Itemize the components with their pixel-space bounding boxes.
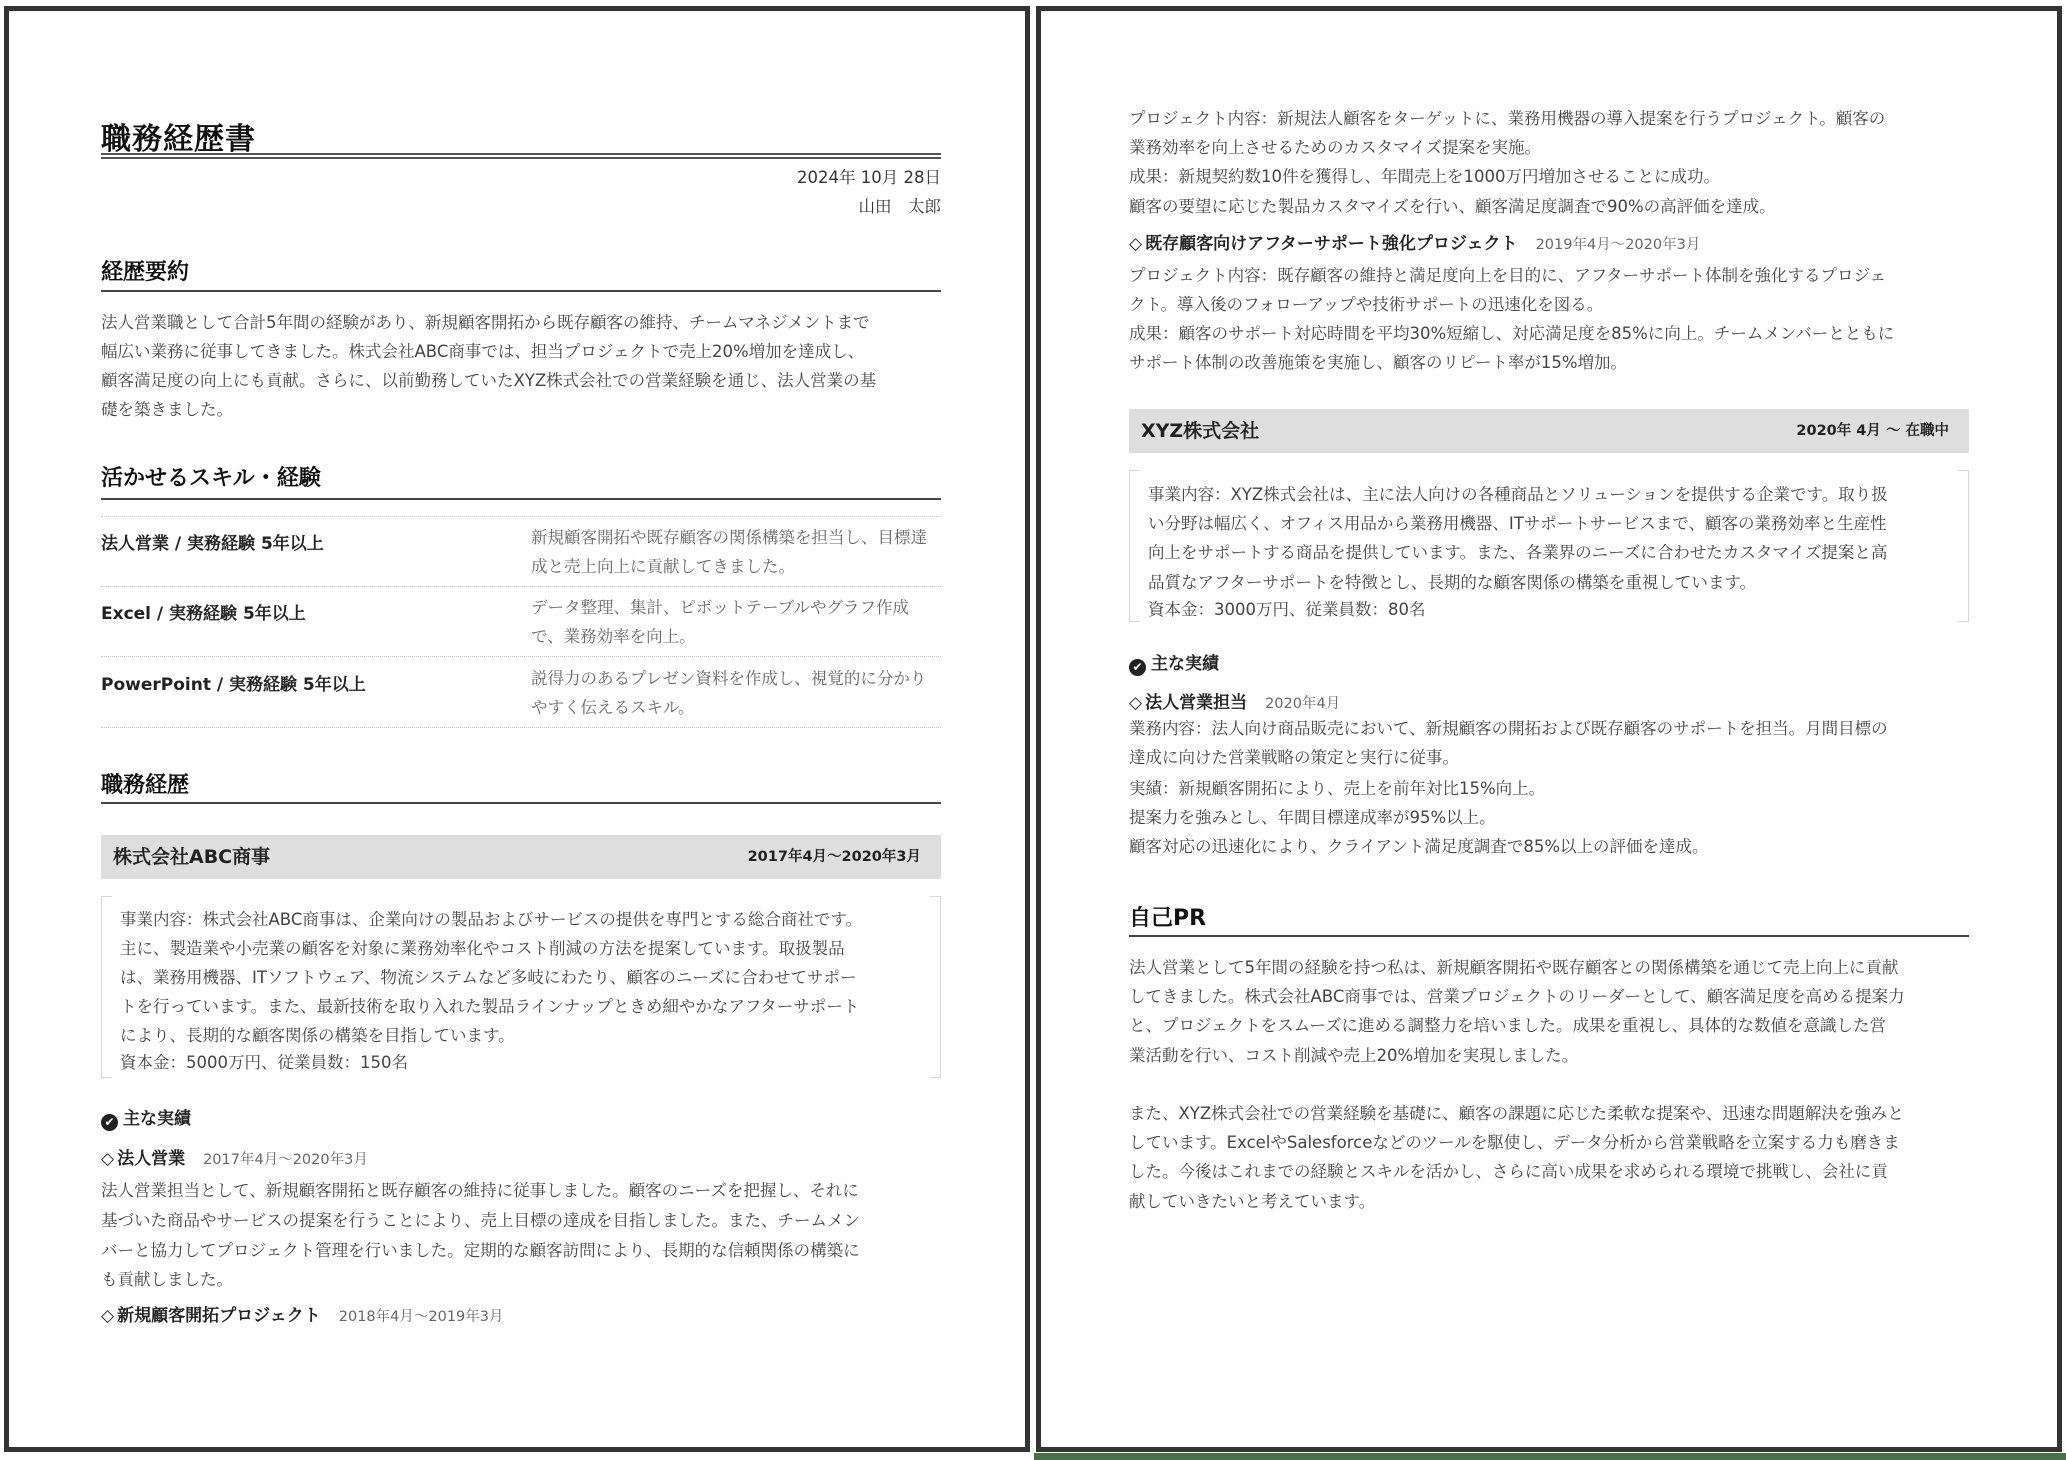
company-description-line: い分野は幅広く、オフィス用品から業務用機器、ITサポートサービスまで、顧客の業務… [1148, 509, 1886, 538]
document-date: 2024年 10月 28日 [797, 164, 941, 188]
box-corner [102, 896, 112, 897]
box-corner [1130, 621, 1140, 622]
company-description-line: 事業内容：株式会社ABC商事は、企業向けの製品およびサービスの提供を専門とする総… [120, 905, 862, 934]
company-header-abc: 株式会社ABC商事 2017年4月〜2020年3月 [101, 835, 941, 879]
achievement-line: バーと協力してプロジェクト管理を行いました。定期的な顧客訪問により、長期的な信頼… [101, 1236, 860, 1265]
achievements-heading: ✔主な実績 [1129, 649, 1219, 676]
achievement-line: 達成に向けた営業戦略の策定と実行に従事。 [1129, 743, 1459, 772]
box-corner [930, 896, 940, 897]
skills-row-divider [101, 516, 941, 517]
self-pr-line: また、XYZ株式会社での営業経験を基礎に、顧客の課題に応じた柔軟な提案や、迅速な… [1129, 1099, 1904, 1128]
achievement-title: 既存顧客向けアフターサポート強化プロジェクト [1145, 234, 1517, 254]
summary-rule [101, 290, 941, 292]
box-corner [1958, 470, 1968, 471]
achievement-line: 顧客対応の迅速化により、クライアント満足度調査で85%以上の評価を達成。 [1129, 832, 1709, 861]
check-circle-icon: ✔ [101, 1114, 118, 1131]
summary-line: 法人営業職として合計5年間の経験があり、新規顧客開拓から既存顧客の維持、チームマ… [101, 308, 870, 337]
diamond-icon: ◇ [101, 1306, 114, 1326]
achievement-period: 2020年4月 [1265, 696, 1340, 712]
self-pr-line: 法人営業として5年間の経験を持つ私は、新規顧客開拓や既存顧客との関係構築を通じて… [1129, 953, 1899, 982]
author-name: 山田 太郎 [859, 193, 942, 217]
summary-line: 幅広い業務に従事してきました。株式会社ABC商事では、担当プロジェクトで売上20… [101, 337, 864, 366]
diamond-icon: ◇ [101, 1149, 114, 1169]
skill-name: Excel / 実務経験 5年以上 [101, 599, 306, 624]
box-corner [930, 1077, 940, 1078]
company-description-line: により、長期的な顧客関係の構築を目指しています。 [120, 1021, 515, 1050]
achievement-line: サポート体制の改善施策を実施し、顧客のリピート率が15%増加。 [1129, 348, 1627, 377]
skill-description: 新規顧客開拓や既存顧客の関係構築を担当し、目標達成と売上向上に貢献してきました。 [531, 523, 931, 581]
company-header-xyz: XYZ株式会社 2020年 4月 〜 在職中 [1129, 409, 1969, 453]
summary-line: 礎を築きました。 [101, 395, 233, 424]
achievement-title: 新規顧客開拓プロジェクト [117, 1306, 321, 1326]
achievement-title-row: ◇法人営業担当2020年4月 [1129, 688, 1340, 713]
achievement-line: も貢献しました。 [101, 1265, 233, 1294]
company-name: 株式会社ABC商事 [113, 835, 270, 879]
achievements-label: 主な実績 [123, 1109, 191, 1129]
self-pr-rule [1129, 935, 1969, 937]
achievement-title: 法人営業 [117, 1149, 185, 1169]
company-description-line: は、業務用機器、ITソフトウェア、物流システムなど多岐にわたり、顧客のニーズに合… [120, 963, 857, 992]
self-pr-line: しています。ExcelやSalesforceなどのツールを駆使し、データ分析から… [1129, 1128, 1900, 1157]
skills-row-divider [101, 727, 941, 728]
document-title: 職務経歴書 [101, 114, 256, 158]
box-corner [102, 1077, 112, 1078]
title-double-rule [101, 153, 941, 159]
achievement-line: 実績：新規顧客開拓により、売上を前年対比15%向上。 [1129, 774, 1545, 803]
diamond-icon: ◇ [1129, 693, 1142, 713]
diamond-icon: ◇ [1129, 234, 1142, 254]
achievement-line: 成果：新規契約数10件を獲得し、年間売上を1000万円増加させることに成功。 [1129, 162, 1720, 191]
achievement-line: 顧客の要望に応じた製品カスタマイズを行い、顧客満足度調査で90%の高評価を達成。 [1129, 192, 1776, 221]
company-description-line: 品質なアフターサポートを特徴とし、長期的な顧客関係の構築を重視しています。 [1148, 568, 1756, 597]
skills-row-divider [101, 586, 941, 587]
self-pr-line: してきました。株式会社ABC商事では、営業プロジェクトのリーダーとして、顧客満足… [1129, 982, 1905, 1011]
achievement-line: 法人営業担当として、新規顧客開拓と既存顧客の維持に従事しました。顧客のニーズを把… [101, 1176, 859, 1205]
achievement-line: クト。導入後のフォローアップや技術サポートの迅速化を図る。 [1129, 290, 1603, 319]
achievement-line: 業務内容：法人向け商品販売において、新規顧客の開拓および既存顧客のサポートを担当… [1129, 714, 1888, 743]
skills-heading: 活かせるスキル・経験 [101, 461, 321, 492]
achievement-line: 基づいた商品やサービスの提案を行うことにより、売上目標の達成を目指しました。また… [101, 1206, 860, 1235]
achievement-line: 業務効率を向上させるためのカスタマイズ提案を実施。 [1129, 133, 1541, 162]
skill-name: 法人営業 / 実務経験 5年以上 [101, 529, 324, 554]
achievement-line: プロジェクト内容：新規法人顧客をターゲットに、業務用機器の導入提案を行うプロジェ… [1129, 104, 1885, 133]
company-period: 2017年4月〜2020年3月 [748, 835, 921, 879]
summary-heading: 経歴要約 [101, 255, 189, 286]
achievements-heading: ✔主な実績 [101, 1104, 191, 1131]
skill-description: データ整理、集計、ピボットテーブルやグラフ作成で、業務効率を向上。 [531, 593, 931, 651]
achievements-label: 主な実績 [1151, 654, 1219, 674]
achievement-title-row: ◇法人営業2017年4月〜2020年3月 [101, 1144, 368, 1169]
company-description-box: 事業内容：株式会社ABC商事は、企業向けの製品およびサービスの提供を専門とする総… [101, 896, 941, 1078]
company-capital-line: 資本金：3000万円、従業員数：80名 [1148, 595, 1426, 624]
company-description-line: 主に、製造業や小売業の顧客を対象に業務効率化やコスト削減の方法を提案しています。… [120, 934, 845, 963]
achievement-period: 2017年4月〜2020年3月 [203, 1152, 368, 1168]
achievement-line: プロジェクト内容：既存顧客の維持と満足度向上を目的に、アフターサポート体制を強化… [1129, 261, 1886, 290]
check-circle-icon: ✔ [1129, 659, 1146, 676]
career-rule [101, 802, 941, 804]
achievement-title-row: ◇既存顧客向けアフターサポート強化プロジェクト2019年4月〜2020年3月 [1129, 229, 1700, 254]
skills-row-divider [101, 656, 941, 657]
company-period: 2020年 4月 〜 在職中 [1796, 409, 1949, 453]
achievement-period: 2018年4月〜2019年3月 [339, 1309, 504, 1325]
company-description-line: 向上をサポートする商品を提供しています。また、各業界のニーズに合わせたカスタマイ… [1148, 538, 1887, 567]
self-pr-line: 献していきたいと考えています。 [1129, 1187, 1375, 1216]
resume-page-1: 職務経歴書 2024年 10月 28日 山田 太郎 経歴要約 法人営業職として合… [4, 6, 1030, 1452]
box-corner [1130, 470, 1140, 471]
achievement-period: 2019年4月〜2020年3月 [1536, 237, 1701, 253]
self-pr-heading: 自己PR [1129, 901, 1206, 932]
skill-name: PowerPoint / 実務経験 5年以上 [101, 670, 366, 695]
resume-page-2: プロジェクト内容：新規法人顧客をターゲットに、業務用機器の導入提案を行うプロジェ… [1036, 6, 2062, 1452]
bottom-accent-bar [1034, 1453, 2066, 1460]
achievement-line: 成果：顧客のサポート対応時間を平均30%短縮し、対応満足度を85%に向上。チーム… [1129, 319, 1894, 348]
achievement-line: 提案力を強みとし、年間目標達成率が95%以上。 [1129, 803, 1496, 832]
company-description-box: 事業内容：XYZ株式会社は、主に法人向けの各種商品とソリューションを提供する企業… [1129, 470, 1969, 622]
achievement-title-row: ◇新規顧客開拓プロジェクト2018年4月〜2019年3月 [101, 1301, 504, 1326]
achievement-title: 法人営業担当 [1145, 693, 1247, 713]
box-corner [1958, 621, 1968, 622]
self-pr-line: した。今後はこれまでの経験とスキルを活かし、さらに高い成果を求められる環境で挑戦… [1129, 1157, 1888, 1186]
company-name: XYZ株式会社 [1141, 409, 1259, 453]
career-heading: 職務経歴 [101, 768, 189, 799]
self-pr-line: 業活動を行い、コスト削減や売上20%増加を実現しました。 [1129, 1041, 1578, 1070]
skill-description: 説得力のあるプレゼン資料を作成し、視覚的に分かりやすく伝えるスキル。 [531, 664, 931, 722]
summary-line: 顧客満足度の向上にも貢献。さらに、以前勤務していたXYZ株式会社での営業経験を通… [101, 366, 876, 395]
skills-rule [101, 498, 941, 500]
company-description-line: トを行っています。また、最新技術を取り入れた製品ラインナップときめ細やかなアフタ… [120, 992, 859, 1021]
self-pr-line: と、プロジェクトをスムーズに進める調整力を培いました。成果を重視し、具体的な数値… [1129, 1011, 1886, 1040]
company-capital-line: 資本金：5000万円、従業員数：150名 [120, 1048, 408, 1077]
company-description-line: 事業内容：XYZ株式会社は、主に法人向けの各種商品とソリューションを提供する企業… [1148, 480, 1888, 509]
